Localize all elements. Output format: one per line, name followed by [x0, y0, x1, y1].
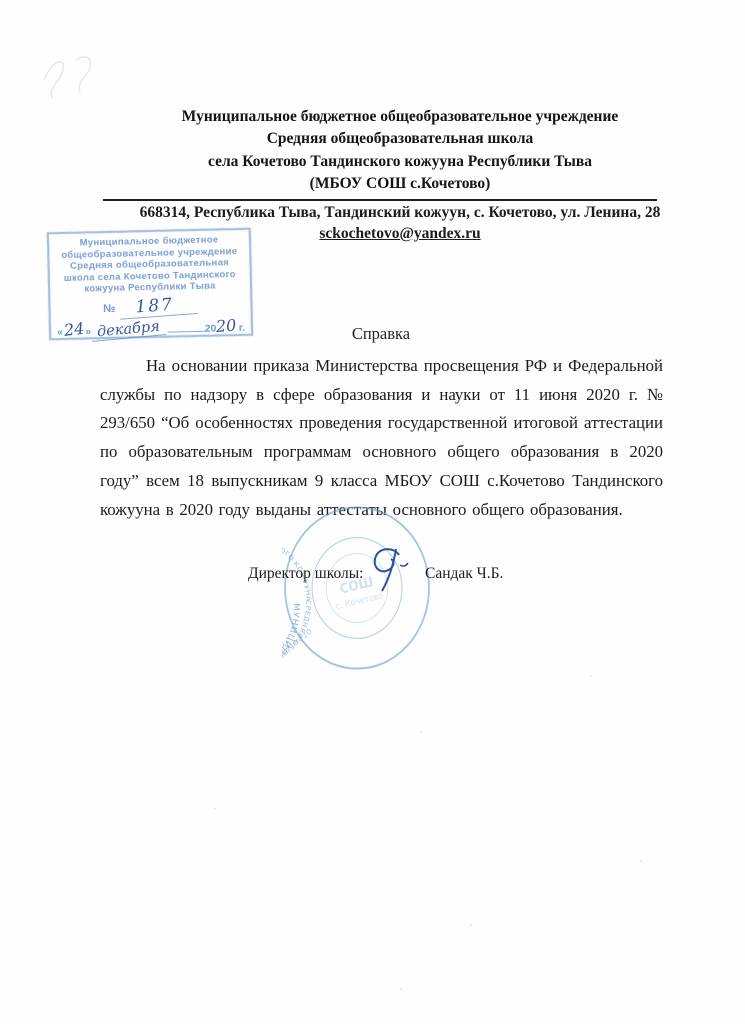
letterhead-line-3: села Кочетово Тандинского кожууна Респуб…	[90, 151, 710, 173]
scan-noise	[420, 731, 422, 733]
scanned-certificate-page: Муниципальное бюджетное общеобразователь…	[0, 0, 745, 1024]
letterhead-line-4: (МБОУ СОШ с.Кочетово)	[90, 173, 710, 195]
seal-middle-ring-text: СРЕДНЯЯ ОБЩЕОБРАЗОВАТЕЛЬНАЯ ШКОЛА СЕЛА К…	[282, 526, 323, 672]
handwritten-day: 24	[63, 319, 85, 340]
svg-text:СРЕДНЯЯ ОБЩЕОБРАЗОВАТЕЛЬНАЯ ШК: СРЕДНЯЯ ОБЩЕОБРАЗОВАТЕЛЬНАЯ ШКОЛА СЕЛА К…	[282, 526, 323, 672]
stamp-number-label: №	[103, 303, 116, 315]
handwritten-signature	[366, 543, 414, 597]
stamp-number-row: № 187	[56, 294, 244, 319]
document-body: На основании приказа Министерства просве…	[100, 352, 663, 524]
date-open-quote: «	[57, 326, 63, 338]
signature-name: Сандак Ч.Б.	[425, 565, 503, 583]
letterhead: Муниципальное бюджетное общеобразователь…	[90, 106, 710, 196]
signature-role-label: Директор школы:	[248, 565, 363, 583]
scan-noise	[470, 924, 472, 926]
scan-noise	[640, 860, 642, 862]
letterhead-line-2: Средняя общеобразовательная школа	[90, 128, 710, 150]
letterhead-line-1: Муниципальное бюджетное общеобразователь…	[90, 106, 710, 128]
scan-noise	[214, 808, 216, 810]
letterhead-divider	[103, 199, 657, 201]
document-title: Справка	[100, 324, 662, 344]
scan-noise	[590, 675, 592, 677]
address-line: 668314, Республика Тыва, Тандинский кожу…	[90, 204, 710, 222]
scan-noise	[400, 988, 402, 990]
handwritten-number: 187	[119, 293, 199, 320]
